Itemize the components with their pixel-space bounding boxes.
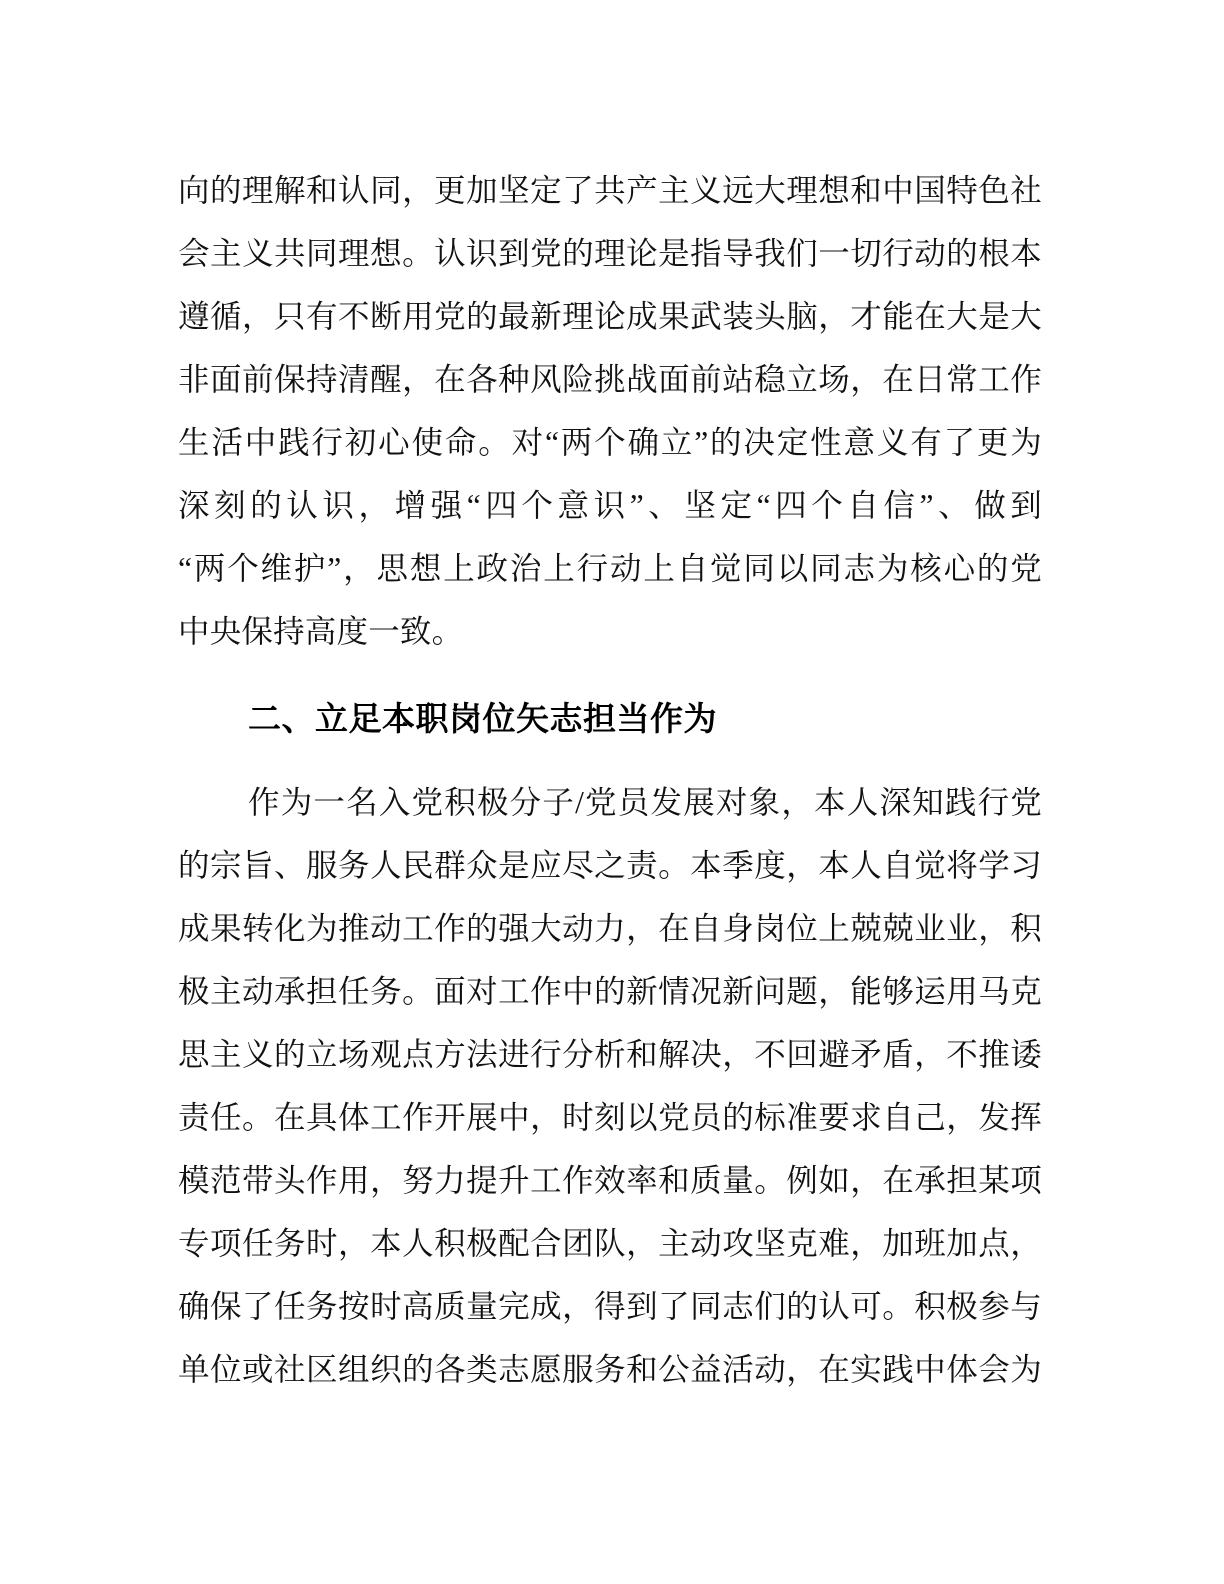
text-line: 的宗旨、服务人民群众是应尽之责。本季度，本人自觉将学习 bbox=[178, 834, 1042, 897]
text-line: 极主动承担任务。面对工作中的新情况新问题，能够运用马克 bbox=[178, 960, 1042, 1023]
text-line: 责任。在具体工作开展中，时刻以党员的标准要求自己，发挥 bbox=[178, 1086, 1042, 1149]
document-body: 向的理解和认同，更加坚定了共产主义远大理想和中国特色社 会主义共同理想。认识到党… bbox=[178, 159, 1042, 1401]
text-line: 单位或社区组织的各类志愿服务和公益活动，在实践中体会为 bbox=[178, 1338, 1042, 1401]
text-line: 思主义的立场观点方法进行分析和解决，不回避矛盾，不推诿 bbox=[178, 1023, 1042, 1086]
text-line: 向的理解和认同，更加坚定了共产主义远大理想和中国特色社 bbox=[178, 159, 1042, 222]
text-line: 生活中践行初心使命。对“两个确立”的决定性意义有了更为 bbox=[178, 411, 1042, 474]
document-page: 向的理解和认同，更加坚定了共产主义远大理想和中国特色社 会主义共同理想。认识到党… bbox=[0, 0, 1224, 1584]
text-line: 成果转化为推动工作的强大动力，在自身岗位上兢兢业业，积 bbox=[178, 897, 1042, 960]
section-heading: 二、立足本职岗位矢志担当作为 bbox=[178, 687, 1042, 750]
paragraph-section-two: 作为一名入党积极分子/党员发展对象，本人深知践行党 的宗旨、服务人民群众是应尽之… bbox=[178, 771, 1042, 1401]
text-line: 模范带头作用，努力提升工作效率和质量。例如，在承担某项 bbox=[178, 1149, 1042, 1212]
text-line: 作为一名入党积极分子/党员发展对象，本人深知践行党 bbox=[178, 771, 1042, 834]
text-line: 确保了任务按时高质量完成，得到了同志们的认可。积极参与 bbox=[178, 1275, 1042, 1338]
text-line: 深刻的认识，增强“四个意识”、坚定“四个自信”、做到 bbox=[178, 474, 1042, 537]
paragraph-continued: 向的理解和认同，更加坚定了共产主义远大理想和中国特色社 会主义共同理想。认识到党… bbox=[178, 159, 1042, 663]
text-line: 会主义共同理想。认识到党的理论是指导我们一切行动的根本 bbox=[178, 222, 1042, 285]
text-line: 中央保持高度一致。 bbox=[178, 600, 1042, 663]
text-line: “两个维护”，思想上政治上行动上自觉同以同志为核心的党 bbox=[178, 537, 1042, 600]
text-line: 遵循，只有不断用党的最新理论成果武装头脑，才能在大是大 bbox=[178, 285, 1042, 348]
text-line: 非面前保持清醒，在各种风险挑战面前站稳立场，在日常工作 bbox=[178, 348, 1042, 411]
text-line: 专项任务时，本人积极配合团队，主动攻坚克难，加班加点， bbox=[178, 1212, 1042, 1275]
